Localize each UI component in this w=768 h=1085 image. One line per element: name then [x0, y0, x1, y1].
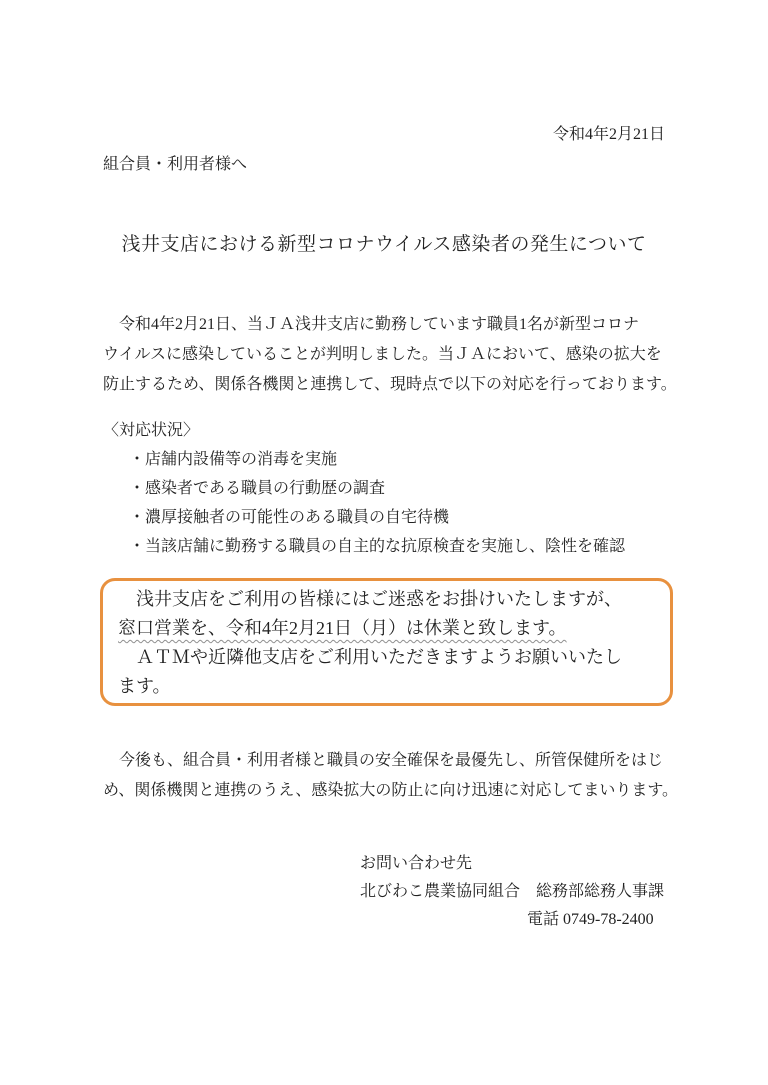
closing-line: め、関係機関と連携のうえ、感染拡大の防止に向け迅速に対応してまいります。	[103, 776, 665, 806]
document-page: 令和4年2月21日 組合員・利用者様へ 浅井支店における新型コロナウイルス感染者…	[0, 0, 768, 1085]
status-item: ・当該店舗に勤務する職員の自主的な抗原検査を実施し、陰性を確認	[129, 532, 665, 561]
closure-notice-box: 浅井支店をご利用の皆様にはご迷惑をお掛けいたしますが、 窓口営業を、令和4年2月…	[100, 578, 673, 706]
status-item: ・濃厚接触者の可能性のある職員の自宅待機	[129, 503, 665, 532]
closing-paragraph: 今後も、組合員・利用者様と職員の安全確保を最優先し、所管保健所をはじ め、関係機…	[103, 746, 665, 806]
notice-line: ＡＴＭや近隣他支店をご利用いただきますようお願いいたし	[118, 643, 655, 672]
contact-org: 北びわこ農業協同組合 総務部総務人事課	[360, 878, 665, 906]
intro-line: ウイルスに感染していることが判明しました。当ＪＡにおいて、感染の拡大を	[103, 340, 665, 370]
document-content: 令和4年2月21日 組合員・利用者様へ 浅井支店における新型コロナウイルス感染者…	[0, 120, 768, 934]
intro-line: 令和4年2月21日、当ＪＡ浅井支店に勤務しています職員1名が新型コロナ	[103, 310, 665, 340]
contact-label: お問い合わせ先	[360, 850, 665, 878]
notice-line: 浅井支店をご利用の皆様にはご迷惑をお掛けいたしますが、	[118, 585, 655, 614]
closing-line: 今後も、組合員・利用者様と職員の安全確保を最優先し、所管保健所をはじ	[103, 746, 665, 776]
response-status-heading: 〈対応状況〉	[103, 416, 665, 445]
recipient-line: 組合員・利用者様へ	[103, 150, 665, 180]
document-date: 令和4年2月21日	[103, 120, 665, 150]
contact-block: お問い合わせ先 北びわこ農業協同組合 総務部総務人事課 電話 0749-78-2…	[360, 850, 665, 934]
status-item: ・店舗内設備等の消毒を実施	[129, 445, 665, 474]
status-item: ・感染者である職員の行動歴の調査	[129, 474, 665, 503]
response-status-list: ・店舗内設備等の消毒を実施 ・感染者である職員の行動歴の調査 ・濃厚接触者の可能…	[103, 445, 665, 561]
notice-line-underlined: 窓口営業を、令和4年2月21日（月）は休業と致します。	[118, 614, 655, 643]
intro-line: 防止するため、関係各機関と連携して、現時点で以下の対応を行っております。	[103, 370, 665, 400]
intro-paragraph: 令和4年2月21日、当ＪＡ浅井支店に勤務しています職員1名が新型コロナ ウイルス…	[103, 310, 665, 400]
contact-phone: 電話 0749-78-2400	[527, 906, 665, 934]
document-title: 浅井支店における新型コロナウイルス感染者の発生について	[103, 230, 665, 260]
notice-line: ます。	[118, 672, 655, 701]
